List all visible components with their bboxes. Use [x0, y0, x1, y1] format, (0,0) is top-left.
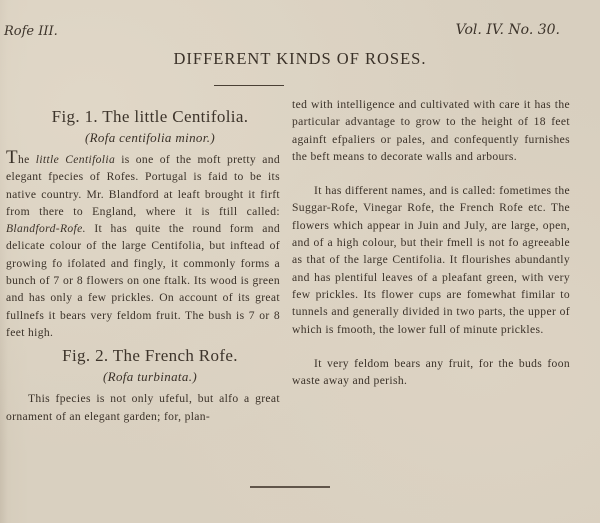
fig1-paragraph: The little Centifolia is one of the moft…	[6, 151, 280, 341]
book-page: Rofe III. Vol. IV. No. 30. DIFFERENT KIN…	[0, 0, 600, 523]
fig2-paragraph-start: This fpecies is not only ufeful, but alf…	[6, 390, 280, 425]
fig1-subheading: (Rofa centifolia minor.)	[20, 128, 280, 148]
fig2-paragraph-cont: ted with intelligence and cultivated wit…	[292, 96, 570, 165]
page-title: DIFFERENT KINDS OF ROSES.	[0, 49, 600, 69]
drop-cap: T	[6, 147, 18, 168]
fig2-heading: Fig. 2. The French Rofe.	[20, 345, 280, 367]
fig1-heading: Fig. 1. The little Centifolia.	[20, 106, 280, 128]
fig2-paragraph-fruit: It very feldom bears any fruit, for the …	[292, 355, 570, 390]
running-head-right: Vol. IV. No. 30.	[456, 22, 560, 38]
end-rule	[250, 486, 330, 488]
running-head-left: Rofe III.	[4, 24, 58, 39]
right-column: ted with intelligence and cultivated wit…	[292, 96, 570, 389]
title-rule	[214, 85, 284, 86]
fig2-subheading: (Rofa turbinata.)	[20, 367, 280, 387]
left-column: Fig. 1. The little Centifolia. (Rofa cen…	[6, 106, 280, 425]
fig2-paragraph-names: It has different names, and is called: f…	[292, 182, 570, 338]
